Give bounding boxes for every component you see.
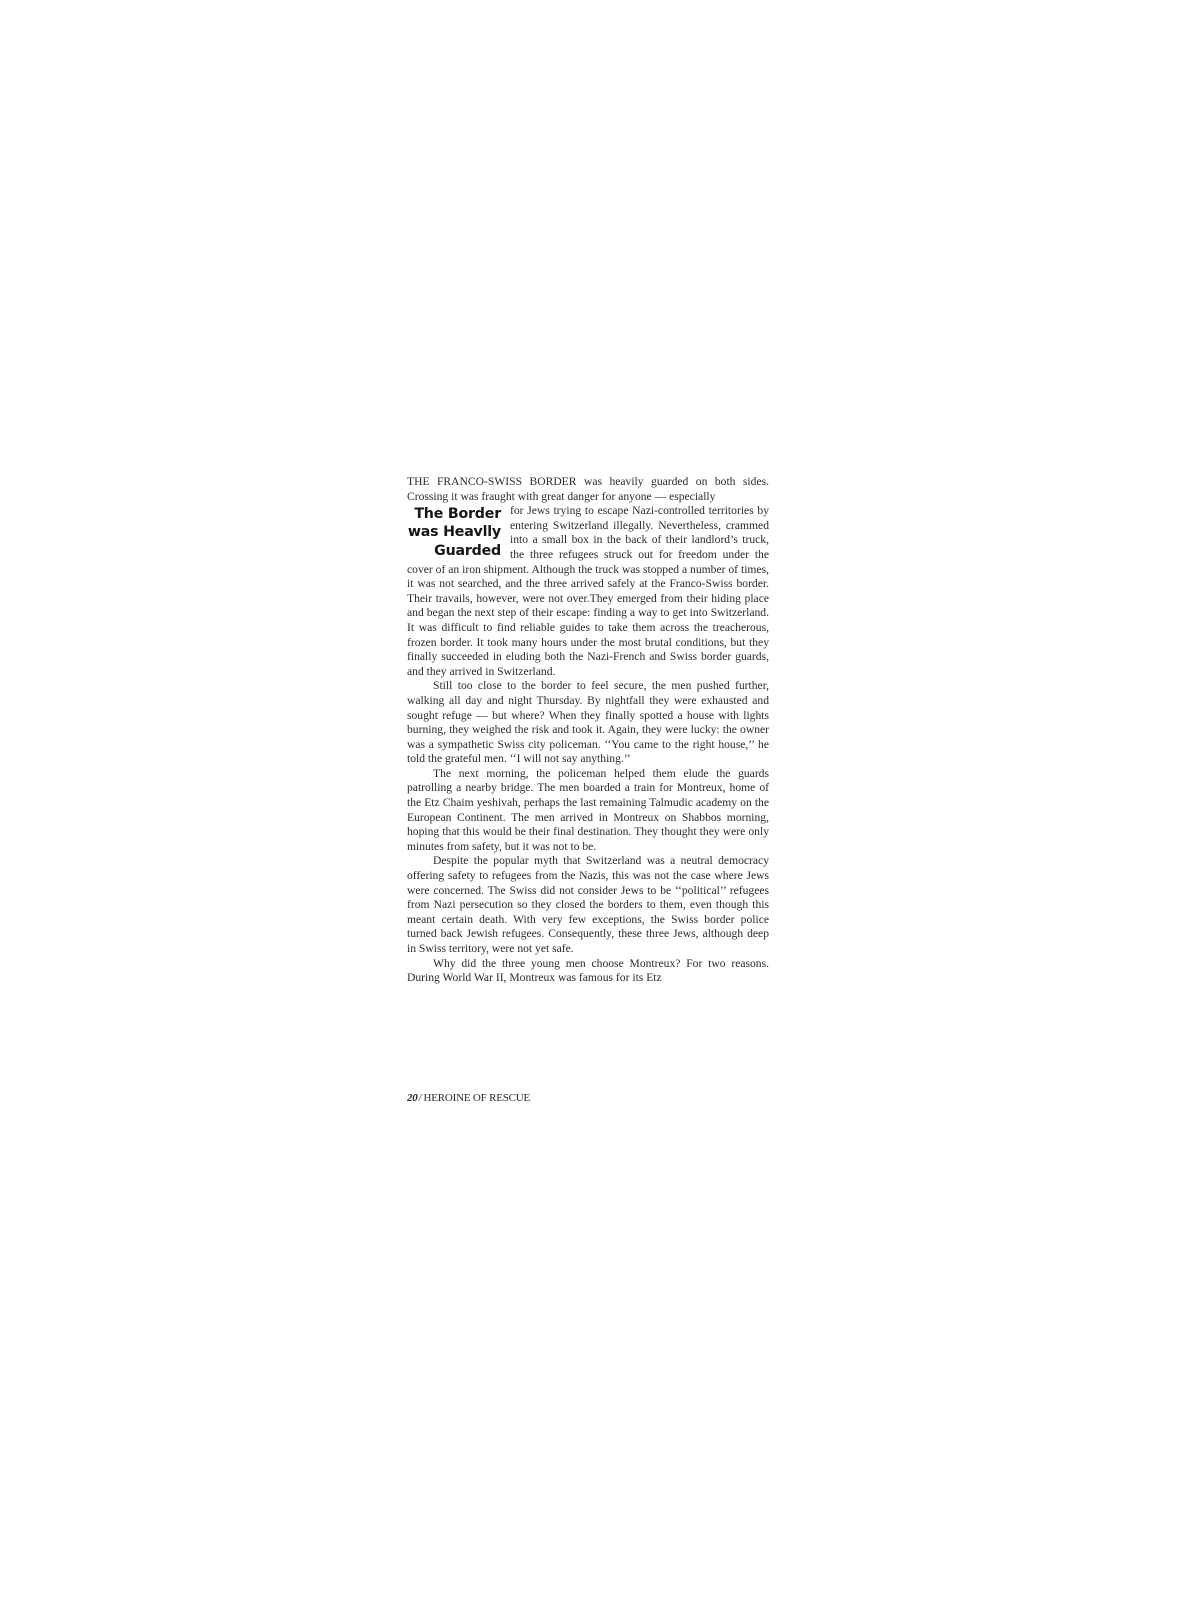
- footer-separator: /: [419, 1092, 422, 1104]
- sidebar-heading-line-1: The Border: [407, 505, 501, 523]
- paragraph-2: Still too close to the border to feel se…: [407, 679, 769, 767]
- lead-caps: THE FRANCO-SWISS BORDER: [407, 475, 577, 488]
- sidebar-heading: The Border was Heavlly Guarded: [407, 505, 501, 560]
- page-number: 20: [407, 1092, 418, 1104]
- paragraph-3: The next morning, the policeman helped t…: [407, 767, 769, 855]
- sidebar-heading-line-3: Guarded: [407, 542, 501, 560]
- paragraph-5: Why did the three young men choose Montr…: [407, 957, 769, 986]
- paragraph-1-opening: THE FRANCO-SWISS BORDER was heavily guar…: [407, 475, 769, 504]
- paragraph-4: Despite the popular myth that Switzerlan…: [407, 854, 769, 956]
- sidebar-heading-line-2: was Heavlly: [407, 523, 501, 541]
- page-text-block: THE FRANCO-SWISS BORDER was heavily guar…: [407, 475, 769, 986]
- page-footer: 20/HEROINE OF RESCUE: [407, 1092, 530, 1104]
- book-title: HEROINE OF RESCUE: [423, 1092, 530, 1104]
